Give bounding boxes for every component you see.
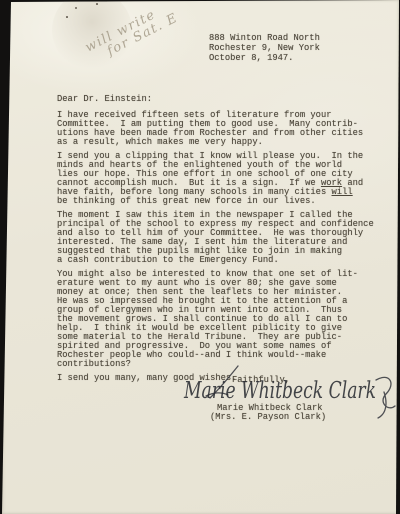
paper-speck [75, 7, 77, 9]
letter-line: Rochester 9, New York [209, 43, 320, 53]
letter-line: be thinking of this great new force in o… [57, 197, 387, 206]
letter-paragraph: I have received fifteen sets of literatu… [57, 111, 387, 147]
paper-speck [66, 16, 68, 18]
signature-flourish-tail [376, 377, 395, 418]
letter-paragraph: I send you a clipping that I know will p… [57, 152, 387, 206]
letter-line: a cash contribution to the Emergency Fun… [57, 256, 387, 265]
paper-speck [96, 3, 98, 5]
signature-script-text: Marie Whitbeck Clark [183, 378, 376, 404]
letter-body: Dear Dr. Einstein: I have received fifte… [57, 95, 387, 388]
letter-paper: will write for Sat. E 888 Winton Road No… [0, 0, 400, 514]
typed-signer-title: (Mrs. E. Payson Clark) [210, 413, 326, 422]
letter-line: October 8, 1947. [209, 53, 320, 63]
letter-paragraphs: I have received fifteen sets of literatu… [57, 111, 387, 383]
letter-line: as a result, which makes me very happy. [57, 138, 387, 147]
sender-address-block: 888 Winton Road NorthRochester 9, New Yo… [209, 33, 320, 63]
salutation: Dear Dr. Einstein: [57, 95, 387, 104]
letter-paragraph: You might also be interested to know tha… [57, 270, 387, 369]
letter-paragraph: The moment I saw this item in the newspa… [57, 211, 387, 265]
letter-line: 888 Winton Road North [209, 33, 320, 43]
